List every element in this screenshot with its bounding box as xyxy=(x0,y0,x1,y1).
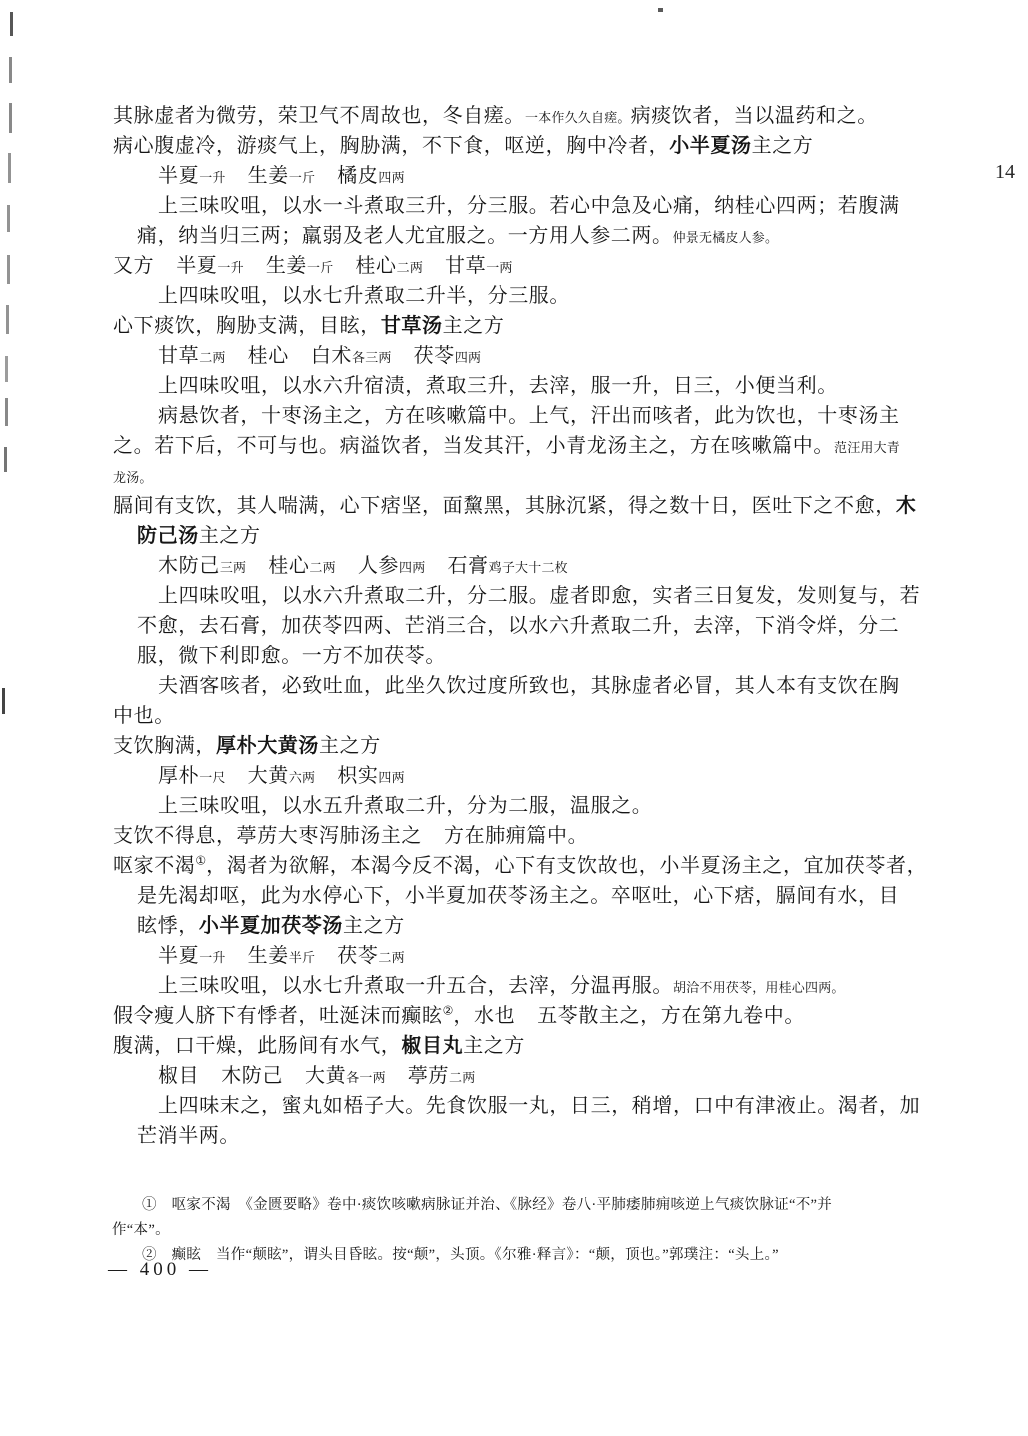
body-text: 痛，纳当归三两；羸弱及老人尤宜服之。一方用人参二两。 xyxy=(137,225,673,247)
body-text: 不愈，去石膏，加茯苓四两、芒消三合，以水六升煮取二升，去滓，下消令烊，分二 xyxy=(137,615,899,637)
body-text: 主之方 xyxy=(343,915,405,937)
body-text: 病悬饮者，十枣汤主之，方在咳嗽篇中。上气，汗出而咳者，此为饮也，十枣汤主 xyxy=(158,405,900,427)
text-line: 上四味㕮咀，以水六升煮取二升，分二服。虚者即愈，实者三日复发，发则复与，若 xyxy=(113,581,921,611)
body-text: 上三味㕮咀，以水五升煮取二升，分为二服，温服之。 xyxy=(158,795,652,817)
footnote-line: ① 呕家不渴 《金匮要略》卷中·痰饮咳嗽病脉证并治、《脉经》卷八·平肺痿肺痈咳逆… xyxy=(112,1193,924,1218)
body-text: 支饮不得息，葶苈大枣泻肺汤主之 xyxy=(113,825,422,847)
annotation-text: 各一两 xyxy=(346,1070,386,1085)
text-line: 椒目木防己大黄各一两葶苈二两 xyxy=(113,1061,921,1091)
body-text: 五苓散主之，方在第九卷中。 xyxy=(537,1005,805,1027)
body-text: 之。若下后，不可与也。病溢饮者，当发其汗，小青龙汤主之，方在咳嗽篇中。 xyxy=(113,435,834,457)
body-text: 厚朴 xyxy=(158,765,199,787)
annotation-text: 一升 xyxy=(199,950,225,965)
annotation-text: 范汪用大青 xyxy=(834,440,900,455)
body-text: 甘草 xyxy=(445,255,486,277)
text-line: 中也。 xyxy=(113,701,921,731)
text-line: 防己汤主之方 xyxy=(113,521,921,551)
body-text: 半夏 xyxy=(158,165,199,187)
body-text: 甘草 xyxy=(158,345,199,367)
annotation-text: 仲景无橘皮人参。 xyxy=(673,230,779,245)
body-text: 病痰饮者，当以温药和之。 xyxy=(631,105,878,127)
body-text: 茯苓 xyxy=(414,345,455,367)
body-text: 膈间有支饮，其人喘满，心下痞坚，面黧黑，其脉沉紧，得之数十日，医吐下之不愈， xyxy=(113,495,896,517)
text-line: 支饮胸满，厚朴大黄汤主之方 xyxy=(113,731,921,761)
annotation-text: 三两 xyxy=(220,560,246,575)
text-line: 芒消半两。 xyxy=(113,1121,921,1151)
body-text: 上三味㕮咀，以水七升煮取一升五合，去滓，分温再服。 xyxy=(158,975,673,997)
body-text: 木防己 xyxy=(221,1065,283,1087)
binding-mark xyxy=(10,12,13,36)
text-line: 腹满，口干燥，此肠间有水气，椒目丸主之方 xyxy=(113,1031,921,1061)
binding-mark xyxy=(6,305,9,334)
text-line: 之。若下后，不可与也。病溢饮者，当发其汗，小青龙汤主之，方在咳嗽篇中。范汪用大青 xyxy=(113,431,921,461)
body-text: 眩悸， xyxy=(137,915,199,937)
body-text: 主之方 xyxy=(752,135,814,157)
footnote-marker: ① xyxy=(195,853,206,867)
annotation-text: 胡洽不用茯苓，用桂心四两。 xyxy=(673,980,845,995)
annotation-text: 一本作久久自瘥。 xyxy=(525,110,631,125)
body-text: 中也。 xyxy=(113,705,175,727)
binding-mark xyxy=(7,255,10,284)
body-text: 枳实 xyxy=(337,765,378,787)
book-page: 14 其脉虚者为微劳，荣卫气不周故也，冬自瘥。一本作久久自瘥。病痰饮者，当以温药… xyxy=(0,0,1028,1436)
body-text: 主之方 xyxy=(443,315,505,337)
binding-mark xyxy=(4,447,7,472)
annotation-text: 四两 xyxy=(455,350,481,365)
main-text: 其脉虚者为微劳，荣卫气不周故也，冬自瘥。一本作久久自瘥。病痰饮者，当以温药和之。… xyxy=(113,101,921,1151)
body-text: 病心腹虚冷，游痰气上，胸胁满，不下食，呕逆，胸中冷者， xyxy=(113,135,669,157)
body-text: 半夏 xyxy=(176,255,217,277)
binding-mark xyxy=(5,398,8,426)
text-line: 木防己三两桂心二两人参四两石膏鸡子大十二枚 xyxy=(113,551,921,581)
text-line: 上四味㕮咀，以水七升煮取二升半，分三服。 xyxy=(113,281,921,311)
text-line: 上三味㕮咀，以水一斗煮取三升，分三服。若心中急及心痛，纳桂心四两；若腹满 xyxy=(113,191,921,221)
annotation-text: 一斤 xyxy=(289,170,315,185)
text-line: 服，微下利即愈。一方不加茯苓。 xyxy=(113,641,921,671)
body-text: ，水也 xyxy=(453,1005,515,1027)
formula-name: 甘草汤 xyxy=(381,315,443,337)
footnotes: ① 呕家不渴 《金匮要略》卷中·痰饮咳嗽病脉证并治、《脉经》卷八·平肺痿肺痈咳逆… xyxy=(112,1193,924,1268)
body-text: 葶苈 xyxy=(408,1065,449,1087)
text-line: 病心腹虚冷，游痰气上，胸胁满，不下食，呕逆，胸中冷者，小半夏汤主之方 xyxy=(113,131,921,161)
footnote-line: ② 癫眩 当作“颠眩”，谓头目昏眩。按“颠”，头顶。《尔雅·释言》：“颠，顶也。… xyxy=(112,1243,924,1268)
body-text: 作“本”。 xyxy=(112,1222,170,1238)
body-text: 主之方 xyxy=(319,735,381,757)
body-text: 心下痰饮，胸胁支满，目眩， xyxy=(113,315,381,337)
annotation-text: 半斤 xyxy=(289,950,315,965)
body-text: 生姜 xyxy=(266,255,307,277)
annotation-text: 龙汤。 xyxy=(113,470,153,485)
annotation-text: 二两 xyxy=(397,260,423,275)
body-text: 方在肺痈篇中。 xyxy=(444,825,588,847)
body-text: 橘皮 xyxy=(337,165,378,187)
body-text: ① 呕家不渴 《金匮要略》卷中·痰饮咳嗽病脉证并治、《脉经》卷八·平肺痿肺痈咳逆… xyxy=(142,1197,832,1213)
body-text: 生姜 xyxy=(248,165,289,187)
body-text: 主之方 xyxy=(463,1035,525,1057)
text-line: 上四味㕮咀，以水六升宿渍，煮取三升，去滓，服一升，日三，小便当利。 xyxy=(113,371,921,401)
text-line: 其脉虚者为微劳，荣卫气不周故也，冬自瘥。一本作久久自瘥。病痰饮者，当以温药和之。 xyxy=(113,101,921,131)
annotation-text: 二两 xyxy=(449,1070,475,1085)
footnote-marker: ② xyxy=(443,1003,454,1017)
body-text: 上四味末之，蜜丸如梧子大。先食饮服一丸，日三，稍增，口中有津液止。渴者，加 xyxy=(158,1095,920,1117)
annotation-text: 二两 xyxy=(309,560,335,575)
body-text: 桂心 xyxy=(268,555,309,577)
annotation-text: 六两 xyxy=(289,770,315,785)
body-text: 假令瘦人脐下有悸者，吐涎沫而癫眩 xyxy=(113,1005,443,1027)
body-text: 白术 xyxy=(311,345,352,367)
body-text: 生姜 xyxy=(248,945,289,967)
body-text: 茯苓 xyxy=(337,945,378,967)
formula-name: 小半夏加茯苓汤 xyxy=(199,915,343,937)
annotation-text: 四两 xyxy=(399,560,425,575)
annotation-text: 二两 xyxy=(378,950,404,965)
annotation-text: 一尺 xyxy=(199,770,225,785)
annotation-text: 四两 xyxy=(378,170,404,185)
body-text: 呕家不渴 xyxy=(113,855,195,877)
body-text: 大黄 xyxy=(305,1065,346,1087)
body-text: 上三味㕮咀，以水一斗煮取三升，分三服。若心中急及心痛，纳桂心四两；若腹满 xyxy=(158,195,900,217)
text-line: 呕家不渴①，渴者为欲解，本渴今反不渴，心下有支饮故也，小半夏汤主之，宜加茯苓者， xyxy=(113,851,921,881)
body-text: 上四味㕮咀，以水六升煮取二升，分二服。虚者即愈，实者三日复发，发则复与，若 xyxy=(158,585,920,607)
text-line: 夫酒客咳者，必致吐血，此坐久饮过度所致也，其脉虚者必冒，其人本有支饮在胸 xyxy=(113,671,921,701)
text-line: 假令瘦人脐下有悸者，吐涎沫而癫眩②，水也五苓散主之，方在第九卷中。 xyxy=(113,1001,921,1031)
annotation-text: 鸡子大十二枚 xyxy=(489,560,568,575)
annotation-text: 一斤 xyxy=(307,260,333,275)
text-line: 半夏一升生姜半斤茯苓二两 xyxy=(113,941,921,971)
scan-speck xyxy=(658,8,663,12)
body-text: 桂心 xyxy=(248,345,289,367)
body-text: 又方 xyxy=(113,255,154,277)
annotation-text: 各三两 xyxy=(352,350,392,365)
page-number: — 400 — xyxy=(108,1259,212,1281)
text-line: 眩悸，小半夏加茯苓汤主之方 xyxy=(113,911,921,941)
body-text: 人参 xyxy=(358,555,399,577)
annotation-text: 一两 xyxy=(486,260,512,275)
text-line: 是先渴却呕，此为水停心下，小半夏加茯苓汤主之。卒呕吐，心下痞，膈间有水，目 xyxy=(113,881,921,911)
body-text: 是先渴却呕，此为水停心下，小半夏加茯苓汤主之。卒呕吐，心下痞，膈间有水，目 xyxy=(137,885,899,907)
body-text: 椒目 xyxy=(158,1065,199,1087)
body-text: 芒消半两。 xyxy=(137,1125,240,1147)
body-text: 其脉虚者为微劳，荣卫气不周故也，冬自瘥。 xyxy=(113,105,525,127)
formula-name: 椒目丸 xyxy=(401,1035,463,1057)
body-text: ② 癫眩 当作“颠眩”，谓头目昏眩。按“颠”，头顶。《尔雅·释言》：“颠，顶也。… xyxy=(142,1247,779,1263)
formula-name: 防己汤 xyxy=(137,525,199,547)
text-line: 又方半夏一升生姜一斤桂心二两甘草一两 xyxy=(113,251,921,281)
body-text: 上四味㕮咀，以水七升煮取二升半，分三服。 xyxy=(158,285,570,307)
text-line: 甘草二两桂心白术各三两茯苓四两 xyxy=(113,341,921,371)
annotation-text: 一升 xyxy=(217,260,243,275)
text-line: 支饮不得息，葶苈大枣泻肺汤主之方在肺痈篇中。 xyxy=(113,821,921,851)
body-text: 上四味㕮咀，以水六升宿渍，煮取三升，去滓，服一升，日三，小便当利。 xyxy=(158,375,838,397)
body-text: 桂心 xyxy=(355,255,396,277)
edge-page-number: 14 xyxy=(995,161,1015,184)
formula-name: 厚朴大黄汤 xyxy=(216,735,319,757)
body-text: 支饮胸满， xyxy=(113,735,216,757)
text-line: 心下痰饮，胸胁支满，目眩，甘草汤主之方 xyxy=(113,311,921,341)
annotation-text: 二两 xyxy=(199,350,225,365)
text-line: 上三味㕮咀，以水五升煮取二升，分为二服，温服之。 xyxy=(113,791,921,821)
binding-mark xyxy=(5,356,8,382)
text-line: 病悬饮者，十枣汤主之，方在咳嗽篇中。上气，汗出而咳者，此为饮也，十枣汤主 xyxy=(113,401,921,431)
body-text: 服，微下利即愈。一方不加茯苓。 xyxy=(137,645,446,667)
binding-mark xyxy=(9,57,12,83)
text-line: 痛，纳当归三两；羸弱及老人尤宜服之。一方用人参二两。仲景无橘皮人参。 xyxy=(113,221,921,251)
binding-mark xyxy=(2,688,5,714)
body-text: 大黄 xyxy=(248,765,289,787)
text-line: 龙汤。 xyxy=(113,461,921,491)
formula-name: 木 xyxy=(896,495,917,517)
text-line: 不愈，去石膏，加茯苓四两、芒消三合，以水六升煮取二升，去滓，下消令烊，分二 xyxy=(113,611,921,641)
text-line: 厚朴一尺大黄六两枳实四两 xyxy=(113,761,921,791)
binding-mark xyxy=(7,205,10,232)
annotation-text: 四两 xyxy=(378,770,404,785)
text-line: 半夏一升生姜一斤橘皮四两 xyxy=(113,161,921,191)
body-text: 石膏 xyxy=(447,555,488,577)
annotation-text: 一升 xyxy=(199,170,225,185)
body-text: 腹满，口干燥，此肠间有水气， xyxy=(113,1035,401,1057)
formula-name: 小半夏汤 xyxy=(669,135,751,157)
body-text: 木防己 xyxy=(158,555,220,577)
binding-mark xyxy=(9,103,12,133)
binding-mark xyxy=(8,153,11,183)
body-text: 主之方 xyxy=(199,525,261,547)
footnote-line: 作“本”。 xyxy=(112,1218,924,1243)
body-text: 夫酒客咳者，必致吐血，此坐久饮过度所致也，其脉虚者必冒，其人本有支饮在胸 xyxy=(158,675,900,697)
text-line: 上三味㕮咀，以水七升煮取一升五合，去滓，分温再服。胡洽不用茯苓，用桂心四两。 xyxy=(113,971,921,1001)
body-text: ，渴者为欲解，本渴今反不渴，心下有支饮故也，小半夏汤主之，宜加茯苓者， xyxy=(206,855,927,877)
body-text: 半夏 xyxy=(158,945,199,967)
text-line: 上四味末之，蜜丸如梧子大。先食饮服一丸，日三，稍增，口中有津液止。渴者，加 xyxy=(113,1091,921,1121)
text-line: 膈间有支饮，其人喘满，心下痞坚，面黧黑，其脉沉紧，得之数十日，医吐下之不愈，木 xyxy=(113,491,921,521)
